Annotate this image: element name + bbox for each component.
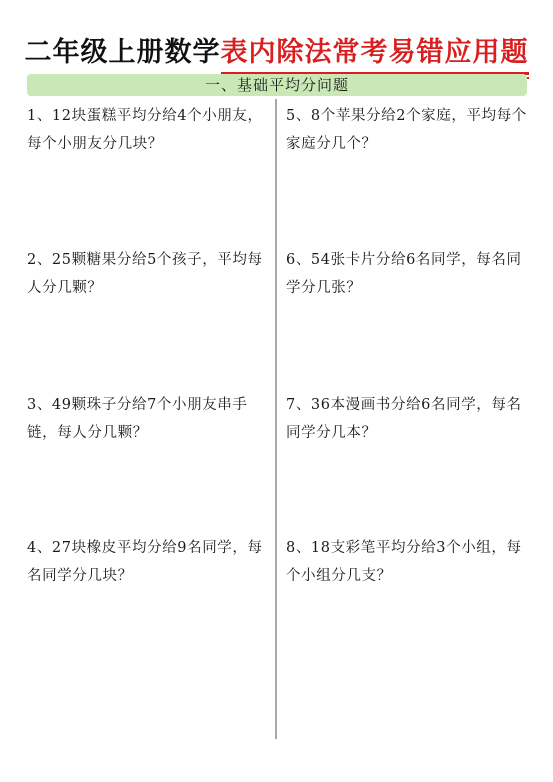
section-banner: 一、基础平均分问题 [27,74,527,96]
question-1: 1、12块蛋糕平均分给4个小朋友，每个小朋友分几块？ [27,102,272,158]
question-8: 8、18支彩笔平均分给3个小组，每个小组分几支？ [286,534,531,590]
title-highlight: 表内除法常考易错应用题 [221,37,529,75]
question-5: 5、8个苹果分给2个家庭，平均每个家庭分几个？ [286,102,531,158]
column-divider [275,99,277,739]
question-3: 3、49颗珠子分给7个小朋友串手链，每人分几颗？ [27,391,272,447]
question-2: 2、25颗糖果分给5个孩子，平均每人分几颗？ [27,246,272,302]
question-4: 4、27块橡皮平均分给9名同学，每名同学分几块？ [27,534,272,590]
section-label: 一、基础平均分问题 [205,76,349,94]
title-prefix: 二年级上册数学 [25,37,221,68]
question-7: 7、36本漫画书分给6名同学，每名同学分几本？ [286,391,531,447]
worksheet-title: 二年级上册数学表内除法常考易错应用题 [0,30,553,69]
question-6: 6、54张卡片分给6名同学，每名同学分几张？ [286,246,531,302]
